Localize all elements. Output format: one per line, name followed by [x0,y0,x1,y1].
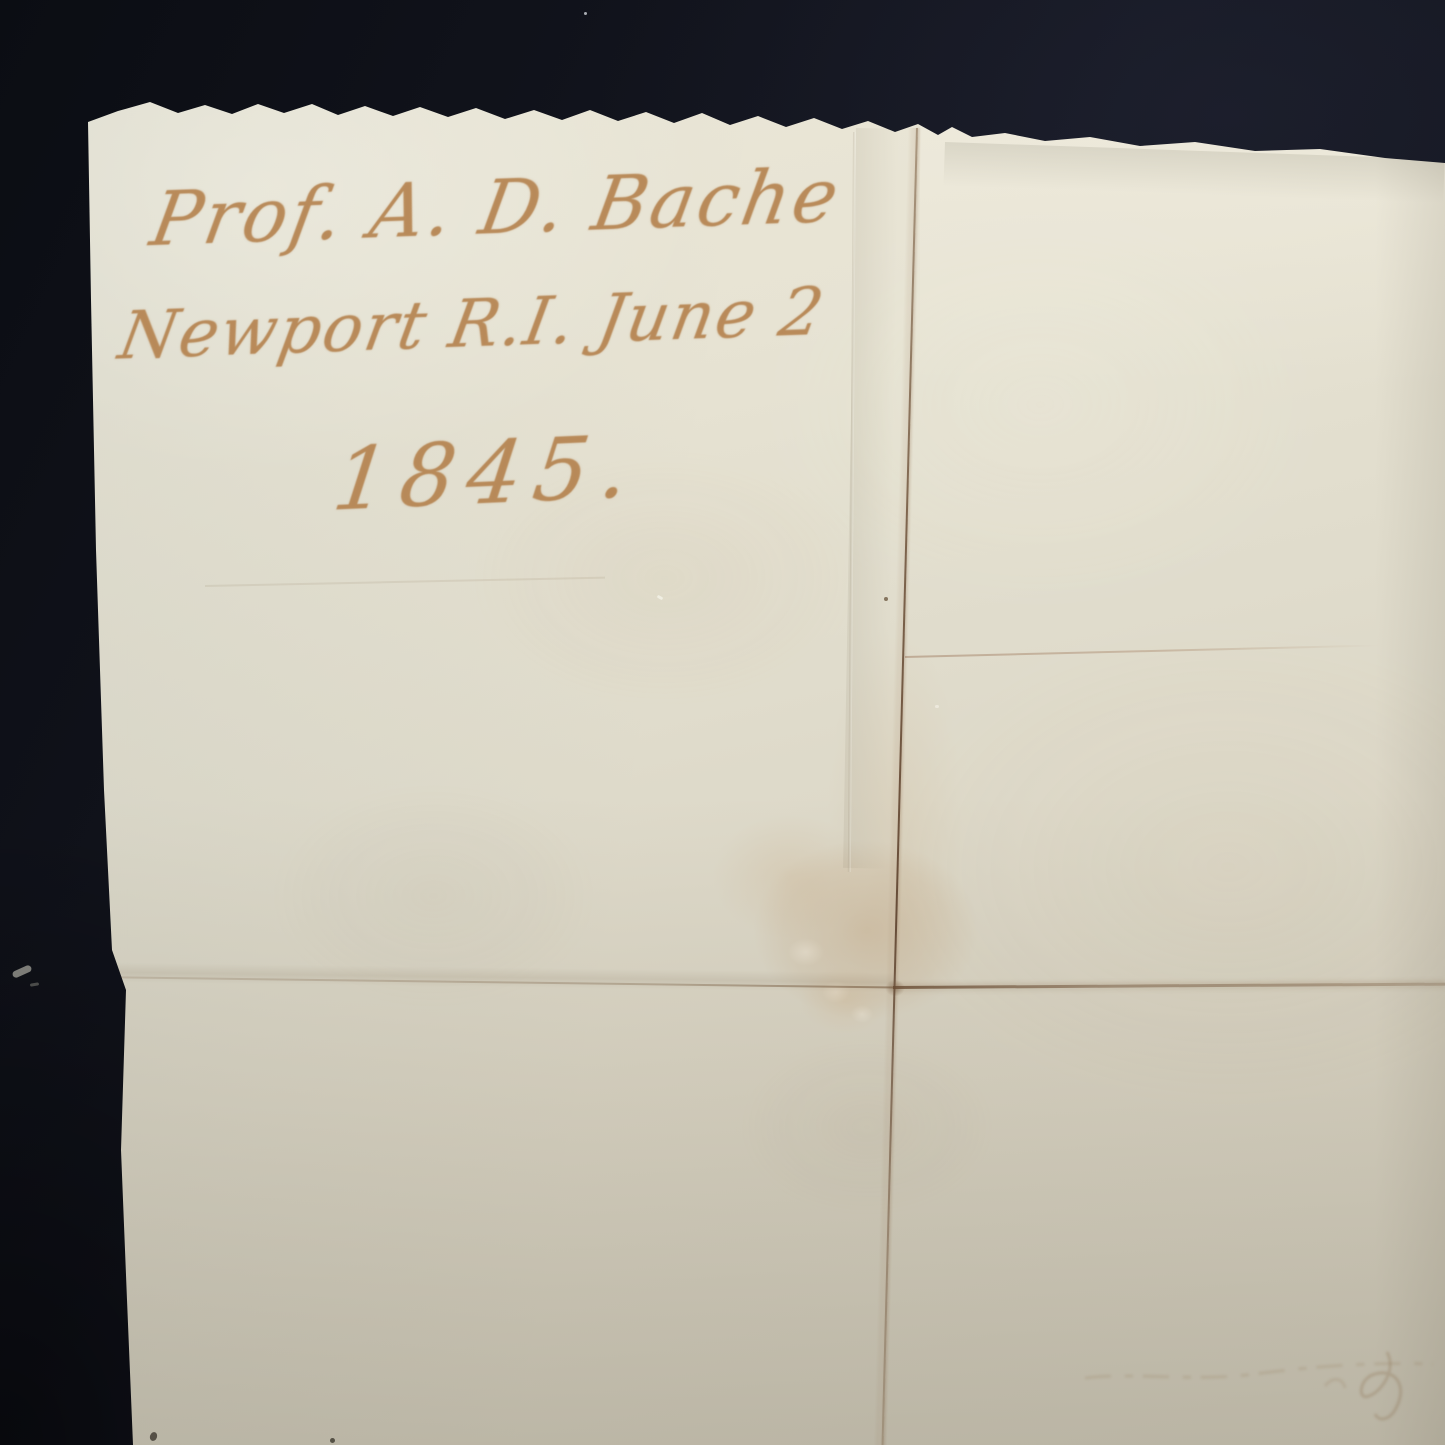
photo-backdrop: Prof. A. D. Bache Newport R.I. June 2 18… [0,0,1445,1445]
manuscript-sheet: Prof. A. D. Bache Newport R.I. June 2 18… [0,0,1445,1445]
background-dust-speck [584,12,587,15]
paper-vignette [0,0,1445,1445]
background-lint-speck2 [30,982,39,987]
background-lint-speck [11,964,32,979]
